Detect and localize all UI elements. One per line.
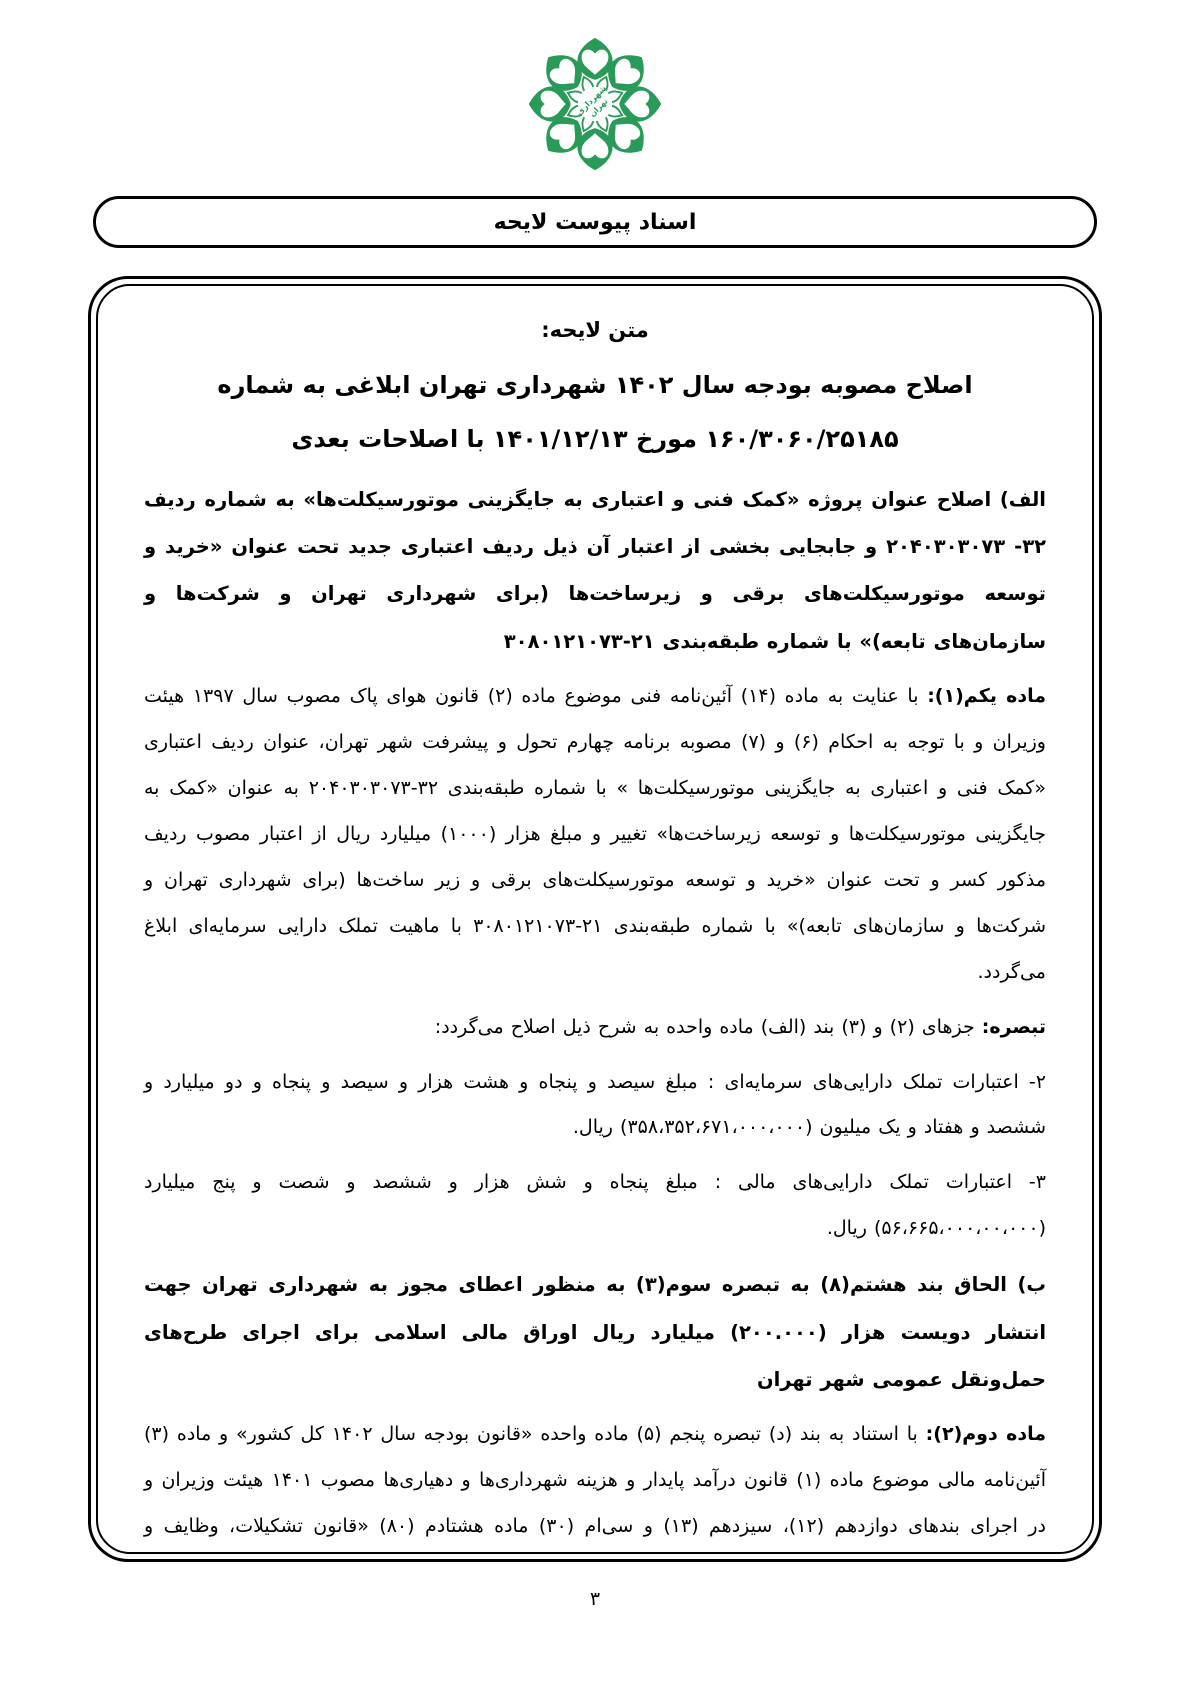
paragraph-be: ب) الحاق بند هشتم(۸) به تبصره سوم(۳) به … xyxy=(144,1261,1046,1403)
bill-title-line1: اصلاح مصوبه بودجه سال ۱۴۰۲ شهرداری تهران… xyxy=(144,358,1046,412)
paragraph-tabsereh-lead: تبصره: xyxy=(982,1016,1046,1038)
bill-title: اصلاح مصوبه بودجه سال ۱۴۰۲ شهرداری تهران… xyxy=(144,358,1046,466)
paragraph-madeh-dovom-lead: ماده دوم(۲): xyxy=(926,1423,1046,1445)
bill-text-label: متن لایحه: xyxy=(144,318,1046,342)
paragraph-alef: الف) اصلاح عنوان پروژه «کمک فنی و اعتبار… xyxy=(144,476,1046,665)
bill-body-inner: متن لایحه: اصلاح مصوبه بودجه سال ۱۴۰۲ شه… xyxy=(96,284,1094,1554)
document-page: شهرداری تهران اسناد پیوست لایحه متن لایح… xyxy=(0,0,1190,1610)
attachment-header-title: اسناد پیوست لایحه xyxy=(494,210,697,235)
paragraph-tabsereh-text: جزهای (۲) و (۳) بند (الف) ماده واحده به … xyxy=(435,1016,975,1038)
municipality-flower-icon: شهرداری تهران xyxy=(525,34,665,174)
bill-title-line2: ۱۶۰/۳۰۶۰/۲۵۱۸۵ مورخ ۱۴۰۱/۱۲/۱۳ با اصلاحا… xyxy=(144,412,1046,466)
paragraph-madeh-yekom-text: با عنایت به ماده (۱۴) آئین‌نامه فنی موضو… xyxy=(144,685,1046,983)
paragraph-madeh-dovom-text: با استناد به بند (د) تبصره پنجم (۵) ماده… xyxy=(144,1423,1046,1554)
paragraph-item-3: ۳- اعتبارات تملک دارایی‌های مالی : مبلغ … xyxy=(144,1160,1046,1252)
paragraph-item-2: ۲- اعتبارات تملک دارایی‌های سرمایه‌ای : … xyxy=(144,1060,1046,1152)
tehran-municipality-logo: شهرداری تهران xyxy=(525,34,665,174)
paragraph-madeh-dovom: ماده دوم(۲): با استناد به بند (د) تبصره … xyxy=(144,1412,1046,1554)
paragraph-madeh-yekom: ماده یکم(۱): با عنایت به ماده (۱۴) آئین‌… xyxy=(144,674,1046,996)
bill-body-box: متن لایحه: اصلاح مصوبه بودجه سال ۱۴۰۲ شه… xyxy=(88,276,1102,1562)
paragraph-madeh-yekom-lead: ماده یکم(۱): xyxy=(927,685,1046,707)
paragraph-tabsereh: تبصره: جزهای (۲) و (۳) بند (الف) ماده وا… xyxy=(144,1005,1046,1051)
attachment-header-box: اسناد پیوست لایحه xyxy=(93,196,1097,248)
page-number: ۳ xyxy=(0,1588,1190,1610)
